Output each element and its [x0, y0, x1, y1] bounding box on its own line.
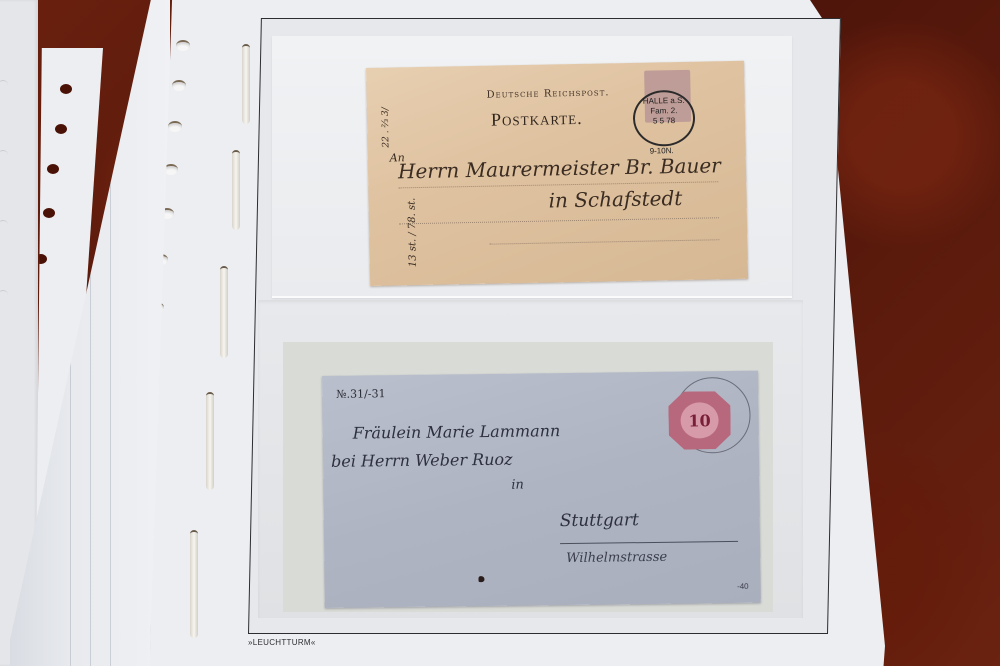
- postcard-side-notes: 22 . ⅔ 3/: [381, 107, 392, 148]
- binder-slot: [206, 392, 214, 490]
- album-brand-label: »LEUCHTTURM«: [248, 638, 316, 647]
- postcard-fraction-note: 13 st. / 78. st.: [407, 198, 419, 268]
- postmark-city: HALLE a.S.: [635, 96, 693, 107]
- address-line: [399, 217, 719, 224]
- cover-city-underline: [560, 541, 738, 544]
- cover-envelope: №.31/-31 10 Fräulein Marie Lammann bei H…: [322, 371, 761, 608]
- punch-hole: [60, 84, 72, 94]
- binder-slot: [232, 150, 240, 230]
- postcard: 22 . ⅔ 3/ Deutsche Reichspost. Postkarte…: [366, 61, 748, 286]
- postmark-date: 5 5 78: [635, 116, 693, 127]
- address-line: [489, 239, 719, 244]
- postcard-title: Postkarte.: [491, 108, 583, 131]
- ink-smudge: [478, 576, 484, 582]
- postcard-header: Deutsche Reichspost.: [486, 87, 609, 100]
- punch-hole: [43, 208, 55, 218]
- leaf-hole: [0, 80, 8, 87]
- binder-slot: [242, 44, 250, 124]
- handwriting-cover-in: in: [511, 478, 524, 493]
- handwriting-cover-street: Wilhelmstrasse: [566, 550, 667, 566]
- handwriting-destination: in Schafstedt: [548, 186, 682, 213]
- leaf-hole: [0, 220, 8, 227]
- punch-hole: [47, 164, 59, 174]
- cover-reference-number: №.31/-31: [336, 387, 385, 401]
- handwriting-cover-city: Stuttgart: [560, 510, 639, 531]
- leaf-hole: [0, 290, 8, 297]
- cover-stamp-value: 10: [680, 402, 718, 438]
- cover-embossed-stamp: 10: [668, 391, 731, 450]
- leaf-hole: [0, 150, 8, 157]
- handwriting-cover-line2: bei Herrn Weber Ruoz: [331, 450, 513, 471]
- punch-hole: [55, 124, 67, 134]
- cover-corner-note: -40: [737, 582, 749, 591]
- leaf-edge: [110, 0, 111, 666]
- binder-hole: [176, 40, 190, 51]
- handwriting-recipient: Herrn Maurermeister Br. Bauer: [398, 153, 721, 183]
- handwriting-cover-line1: Fräulein Marie Lammann: [353, 421, 561, 443]
- binder-slot: [190, 530, 198, 638]
- postmark-cancel: HALLE a.S. Fam. 2. 5 5 78: [632, 90, 695, 147]
- binder-hole: [168, 121, 182, 132]
- binder-hole: [172, 80, 186, 91]
- binder-slot: [220, 266, 228, 358]
